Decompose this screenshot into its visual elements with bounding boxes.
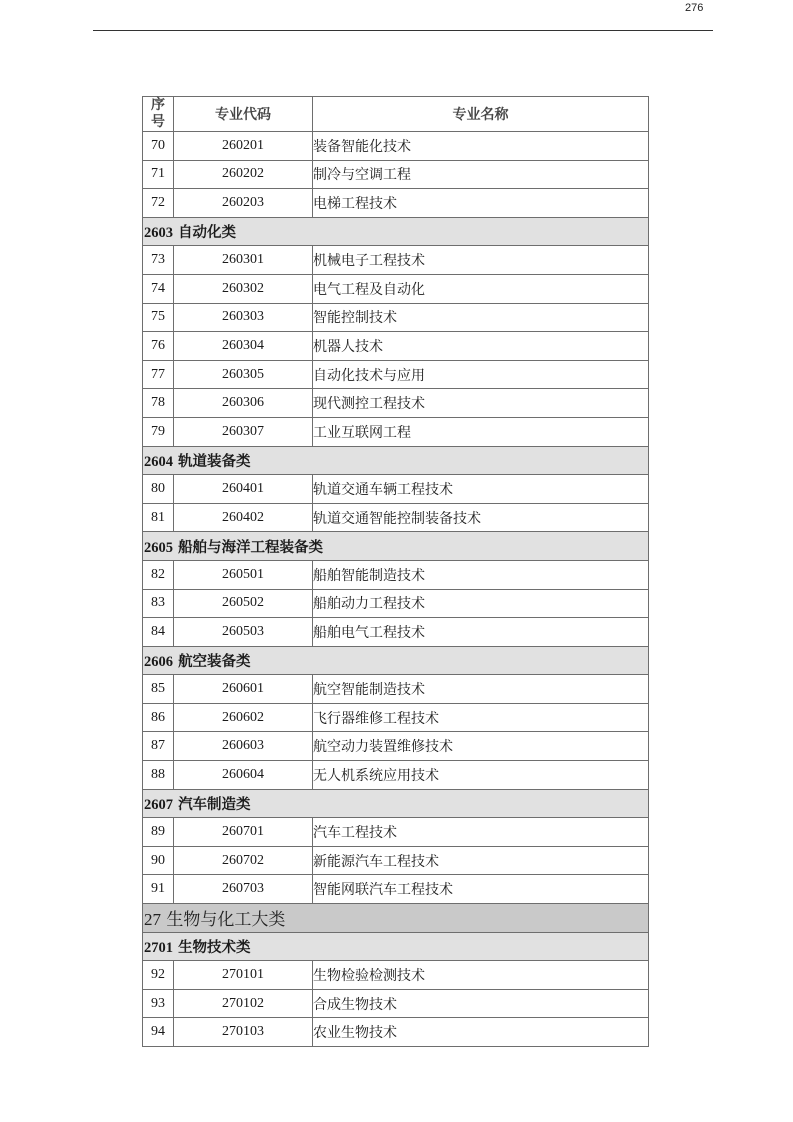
table-row: 79260307工业互联网工程 — [143, 417, 649, 446]
code-cell: 260601 — [174, 675, 313, 704]
seq-cell: 70 — [143, 132, 174, 161]
seq-cell: 85 — [143, 675, 174, 704]
category-label: 自动化类 — [178, 225, 236, 241]
seq-cell: 91 — [143, 875, 174, 904]
code-cell: 270101 — [174, 961, 313, 990]
name-cell: 轨道交通智能控制装备技术 — [313, 503, 649, 532]
category-row: 2606 航空装备类 — [143, 646, 649, 675]
category-cell: 2604 轨道装备类 — [143, 446, 649, 475]
category-cell: 2701 生物技术类 — [143, 932, 649, 961]
name-cell: 飞行器维修工程技术 — [313, 703, 649, 732]
seq-cell: 86 — [143, 703, 174, 732]
category-label: 航空装备类 — [178, 654, 251, 670]
seq-cell: 82 — [143, 560, 174, 589]
category-label: 生物技术类 — [178, 940, 251, 956]
name-cell: 电梯工程技术 — [313, 189, 649, 218]
code-cell: 260201 — [174, 132, 313, 161]
name-cell: 船舶智能制造技术 — [313, 560, 649, 589]
seq-cell: 81 — [143, 503, 174, 532]
table-row: 77260305自动化技术与应用 — [143, 360, 649, 389]
name-cell: 合成生物技术 — [313, 989, 649, 1018]
seq-cell: 80 — [143, 475, 174, 504]
table-row: 92270101生物检验检测技术 — [143, 961, 649, 990]
seq-cell: 87 — [143, 732, 174, 761]
table-row: 71260202制冷与空调工程 — [143, 160, 649, 189]
code-cell: 260703 — [174, 875, 313, 904]
code-cell: 260305 — [174, 360, 313, 389]
page-number: 276 — [685, 2, 703, 14]
table-row: 73260301机械电子工程技术 — [143, 246, 649, 275]
code-cell: 260602 — [174, 703, 313, 732]
table-row: 74260302电气工程及自动化 — [143, 274, 649, 303]
code-cell: 260401 — [174, 475, 313, 504]
code-cell: 260307 — [174, 417, 313, 446]
table-row: 82260501船舶智能制造技术 — [143, 560, 649, 589]
seq-cell: 76 — [143, 332, 174, 361]
table-row: 83260502船舶动力工程技术 — [143, 589, 649, 618]
name-cell: 生物检验检测技术 — [313, 961, 649, 990]
code-cell: 260202 — [174, 160, 313, 189]
table-body: 70260201装备智能化技术71260202制冷与空调工程72260203电梯… — [143, 132, 649, 1047]
seq-cell: 72 — [143, 189, 174, 218]
name-cell: 智能控制技术 — [313, 303, 649, 332]
code-cell: 260301 — [174, 246, 313, 275]
category-code: 2606 — [144, 654, 173, 670]
name-cell: 航空智能制造技术 — [313, 675, 649, 704]
table-row: 88260604无人机系统应用技术 — [143, 761, 649, 790]
category-code: 2603 — [144, 225, 173, 241]
name-cell: 船舶电气工程技术 — [313, 618, 649, 647]
seq-cell: 88 — [143, 761, 174, 790]
name-cell: 现代测控工程技术 — [313, 389, 649, 418]
seq-cell: 75 — [143, 303, 174, 332]
code-cell: 270103 — [174, 1018, 313, 1047]
code-cell: 260303 — [174, 303, 313, 332]
code-cell: 260203 — [174, 189, 313, 218]
majors-table: 序号 专业代码 专业名称 70260201装备智能化技术71260202制冷与空… — [142, 96, 649, 1047]
category-cell: 2605 船舶与海洋工程装备类 — [143, 532, 649, 561]
table-row: 85260601航空智能制造技术 — [143, 675, 649, 704]
header-code: 专业代码 — [174, 97, 313, 132]
table-row: 81260402轨道交通智能控制装备技术 — [143, 503, 649, 532]
seq-cell: 73 — [143, 246, 174, 275]
name-cell: 自动化技术与应用 — [313, 360, 649, 389]
seq-cell: 78 — [143, 389, 174, 418]
category-row: 2603 自动化类 — [143, 217, 649, 246]
table-row: 86260602飞行器维修工程技术 — [143, 703, 649, 732]
name-cell: 电气工程及自动化 — [313, 274, 649, 303]
code-cell: 260604 — [174, 761, 313, 790]
table-row: 91260703智能网联汽车工程技术 — [143, 875, 649, 904]
category-label: 汽车制造类 — [178, 797, 251, 813]
name-cell: 装备智能化技术 — [313, 132, 649, 161]
seq-cell: 71 — [143, 160, 174, 189]
seq-cell: 83 — [143, 589, 174, 618]
name-cell: 汽车工程技术 — [313, 818, 649, 847]
header-name: 专业名称 — [313, 97, 649, 132]
header-seq: 序号 — [143, 97, 174, 132]
code-cell: 260503 — [174, 618, 313, 647]
category-label: 轨道装备类 — [178, 454, 251, 470]
table-row: 78260306现代测控工程技术 — [143, 389, 649, 418]
category-row: 2607 汽车制造类 — [143, 789, 649, 818]
name-cell: 工业互联网工程 — [313, 417, 649, 446]
name-cell: 制冷与空调工程 — [313, 160, 649, 189]
code-cell: 260501 — [174, 560, 313, 589]
code-cell: 260304 — [174, 332, 313, 361]
code-cell: 260502 — [174, 589, 313, 618]
code-cell: 260701 — [174, 818, 313, 847]
category-code: 2604 — [144, 454, 173, 470]
table-row: 72260203电梯工程技术 — [143, 189, 649, 218]
table-row: 80260401轨道交通车辆工程技术 — [143, 475, 649, 504]
code-cell: 260306 — [174, 389, 313, 418]
name-cell: 船舶动力工程技术 — [313, 589, 649, 618]
name-cell: 新能源汽车工程技术 — [313, 846, 649, 875]
category-code: 2605 — [144, 540, 173, 556]
seq-cell: 92 — [143, 961, 174, 990]
code-cell: 260603 — [174, 732, 313, 761]
table-row: 93270102合成生物技术 — [143, 989, 649, 1018]
table-row: 90260702新能源汽车工程技术 — [143, 846, 649, 875]
category-cell: 27 生物与化工大类 — [143, 904, 649, 933]
table-row: 70260201装备智能化技术 — [143, 132, 649, 161]
table-row: 84260503船舶电气工程技术 — [143, 618, 649, 647]
name-cell: 无人机系统应用技术 — [313, 761, 649, 790]
name-cell: 农业生物技术 — [313, 1018, 649, 1047]
seq-cell: 84 — [143, 618, 174, 647]
category-cell: 2607 汽车制造类 — [143, 789, 649, 818]
category-label: 船舶与海洋工程装备类 — [178, 540, 323, 556]
category-code: 27 — [144, 910, 161, 929]
seq-cell: 90 — [143, 846, 174, 875]
code-cell: 260702 — [174, 846, 313, 875]
category-label: 生物与化工大类 — [166, 910, 285, 930]
header-rule — [93, 30, 713, 31]
category-cell: 2603 自动化类 — [143, 217, 649, 246]
category-code: 2607 — [144, 797, 173, 813]
major-category-row: 27 生物与化工大类 — [143, 904, 649, 933]
code-cell: 260302 — [174, 274, 313, 303]
name-cell: 航空动力装置维修技术 — [313, 732, 649, 761]
name-cell: 机械电子工程技术 — [313, 246, 649, 275]
name-cell: 智能网联汽车工程技术 — [313, 875, 649, 904]
name-cell: 轨道交通车辆工程技术 — [313, 475, 649, 504]
name-cell: 机器人技术 — [313, 332, 649, 361]
seq-cell: 94 — [143, 1018, 174, 1047]
table-row: 75260303智能控制技术 — [143, 303, 649, 332]
table-header-row: 序号 专业代码 专业名称 — [143, 97, 649, 132]
table-row: 94270103农业生物技术 — [143, 1018, 649, 1047]
table-row: 89260701汽车工程技术 — [143, 818, 649, 847]
seq-cell: 93 — [143, 989, 174, 1018]
code-cell: 260402 — [174, 503, 313, 532]
category-row: 2604 轨道装备类 — [143, 446, 649, 475]
category-code: 2701 — [144, 940, 173, 956]
seq-cell: 77 — [143, 360, 174, 389]
category-cell: 2606 航空装备类 — [143, 646, 649, 675]
seq-cell: 79 — [143, 417, 174, 446]
category-row: 2605 船舶与海洋工程装备类 — [143, 532, 649, 561]
code-cell: 270102 — [174, 989, 313, 1018]
category-row: 2701 生物技术类 — [143, 932, 649, 961]
seq-cell: 74 — [143, 274, 174, 303]
table-row: 87260603航空动力装置维修技术 — [143, 732, 649, 761]
seq-cell: 89 — [143, 818, 174, 847]
table-row: 76260304机器人技术 — [143, 332, 649, 361]
